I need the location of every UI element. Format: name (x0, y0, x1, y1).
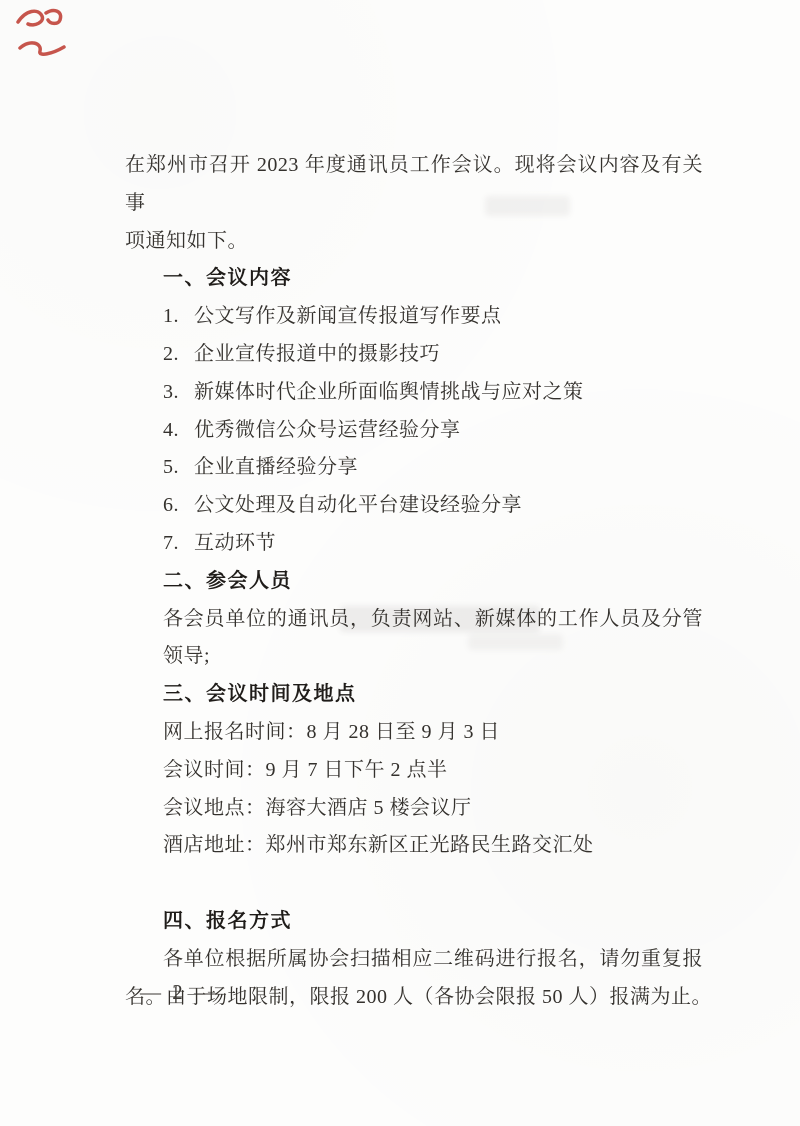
info-line-meeting-place: 会议地点：海容大酒店 5 楼会议厅 (125, 790, 703, 828)
info-line-hotel-address: 酒店地址：郑州市郑东新区正光路民生路交汇处 (125, 827, 703, 865)
list-item: 3.新媒体时代企业所面临舆情挑战与应对之策 (125, 374, 703, 412)
paragraph-line: 各会员单位的通讯员，负责网站、新媒体的工作人员及分管 (125, 601, 703, 639)
paragraph-line: 各单位根据所属协会扫描相应二维码进行报名，请勿重复报 (125, 941, 703, 979)
item-number: 5. (163, 449, 194, 487)
section-heading-4: 四、报名方式 (125, 903, 703, 941)
info-line-registration-time: 网上报名时间：8 月 28 日至 9 月 3 日 (125, 714, 703, 752)
item-number: 3. (163, 374, 194, 412)
list-item: 6.公文处理及自动化平台建设经验分享 (125, 487, 703, 525)
list-item: 7.互动环节 (125, 525, 703, 563)
info-line-meeting-time: 会议时间：9 月 7 日下午 2 点半 (125, 752, 703, 790)
section-heading-3: 三、会议时间及地点 (125, 676, 703, 714)
item-text: 新媒体时代企业所面临舆情挑战与应对之策 (194, 381, 584, 403)
paragraph-line: 领导; (125, 638, 703, 676)
intro-line: 在郑州市召开 2023 年度通讯员工作会议。现将会议内容及有关事 (125, 147, 703, 223)
item-text: 公文写作及新闻宣传报道写作要点 (194, 305, 502, 327)
list-item: 5.企业直播经验分享 (125, 449, 703, 487)
intro-line: 项通知如下。 (125, 223, 703, 261)
section-heading-1: 一、会议内容 (125, 260, 703, 298)
item-number: 2. (163, 336, 194, 374)
page-number: — 2 — (140, 980, 218, 1005)
list-item: 2.企业宣传报道中的摄影技巧 (125, 336, 703, 374)
item-text: 优秀微信公众号运营经验分享 (194, 419, 461, 441)
item-number: 1. (163, 298, 194, 336)
document-body: 在郑州市召开 2023 年度通讯员工作会议。现将会议内容及有关事 项通知如下。 … (125, 147, 703, 1016)
red-pen-marks-icon (12, 2, 74, 66)
item-text: 企业直播经验分享 (194, 456, 358, 478)
scanned-document-page: 在郑州市召开 2023 年度通讯员工作会议。现将会议内容及有关事 项通知如下。 … (0, 0, 800, 1126)
item-text: 企业宣传报道中的摄影技巧 (194, 343, 440, 365)
list-item: 1.公文写作及新闻宣传报道写作要点 (125, 298, 703, 336)
item-number: 6. (163, 487, 194, 525)
list-item: 4.优秀微信公众号运营经验分享 (125, 412, 703, 450)
item-number: 7. (163, 525, 194, 563)
item-text: 互动环节 (194, 532, 276, 554)
item-number: 4. (163, 412, 194, 450)
section-heading-2: 二、参会人员 (125, 563, 703, 601)
item-text: 公文处理及自动化平台建设经验分享 (194, 494, 522, 516)
